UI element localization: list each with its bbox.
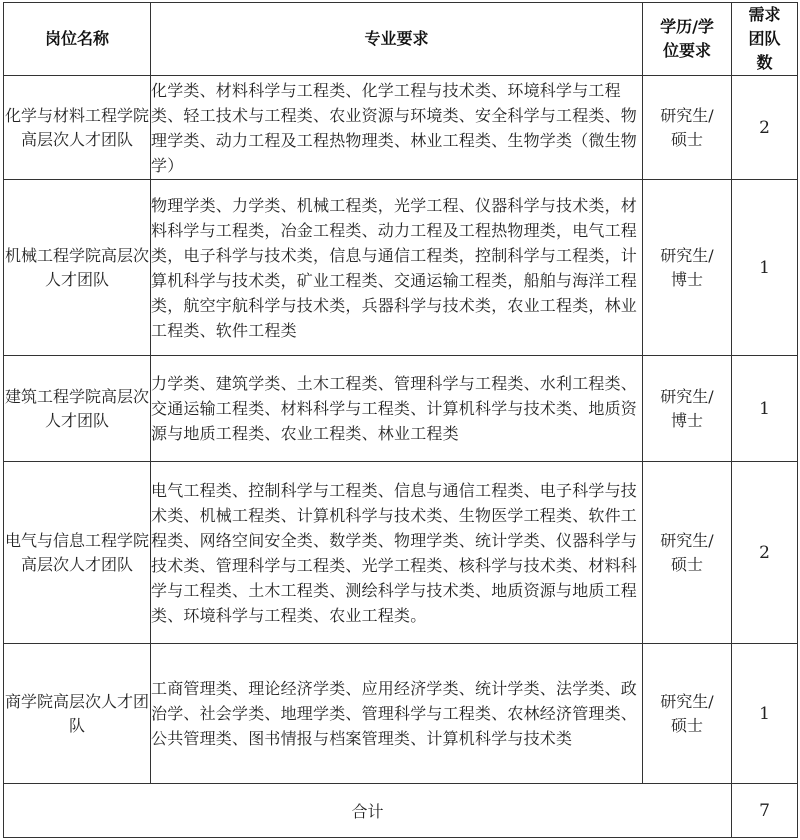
education-cell: 研究生/博士 [643, 356, 732, 462]
major-cell: 力学类、建筑学类、土木工程类、管理科学与工程类、水利工程类、交通运输工程类、材料… [151, 356, 643, 462]
count-cell: 2 [732, 76, 798, 180]
table-row: 化学与材料工程学院高层次人才团队 化学类、材料科学与工程类、化学工程与技术类、环… [4, 76, 798, 180]
count-cell: 1 [732, 356, 798, 462]
position-cell: 化学与材料工程学院高层次人才团队 [4, 76, 151, 180]
count-cell: 2 [732, 462, 798, 644]
table-row: 商学院高层次人才团队 工商管理类、理论经济学类、应用经济学类、统计学类、法学类、… [4, 644, 798, 784]
recruitment-table: 岗位名称 专业要求 学历/学位要求 需求团队数 化学与材料工程学院高层次人才团队… [3, 2, 798, 838]
table-row: 建筑工程学院高层次人才团队 力学类、建筑学类、土木工程类、管理科学与工程类、水利… [4, 356, 798, 462]
education-cell: 研究生/硕士 [643, 644, 732, 784]
position-cell: 电气与信息工程学院高层次人才团队 [4, 462, 151, 644]
header-major: 专业要求 [151, 3, 643, 76]
position-cell: 商学院高层次人才团队 [4, 644, 151, 784]
major-cell: 工商管理类、理论经济学类、应用经济学类、统计学类、法学类、政治学、社会学类、地理… [151, 644, 643, 784]
major-cell: 物理学类、力学类、机械工程类，光学工程、仪器科学与技术类，材料科学与工程类，冶金… [151, 180, 643, 356]
table-row: 电气与信息工程学院高层次人才团队 电气工程类、控制科学与工程类、信息与通信工程类… [4, 462, 798, 644]
header-education: 学历/学位要求 [643, 3, 732, 76]
major-cell: 化学类、材料科学与工程类、化学工程与技术类、环境科学与工程类、轻工技术与工程类、… [151, 76, 643, 180]
total-count: 7 [732, 784, 798, 838]
education-cell: 研究生/硕士 [643, 76, 732, 180]
total-label: 合计 [4, 784, 732, 838]
major-cell: 电气工程类、控制科学与工程类、信息与通信工程类、电子科学与技术类、机械工程类、计… [151, 462, 643, 644]
education-cell: 研究生/硕士 [643, 462, 732, 644]
header-count: 需求团队数 [732, 3, 798, 76]
header-row: 岗位名称 专业要求 学历/学位要求 需求团队数 [4, 3, 798, 76]
education-cell: 研究生/博士 [643, 180, 732, 356]
count-cell: 1 [732, 180, 798, 356]
position-cell: 建筑工程学院高层次人才团队 [4, 356, 151, 462]
header-position: 岗位名称 [4, 3, 151, 76]
count-cell: 1 [732, 644, 798, 784]
table-row: 机械工程学院高层次人才团队 物理学类、力学类、机械工程类，光学工程、仪器科学与技… [4, 180, 798, 356]
total-row: 合计 7 [4, 784, 798, 838]
position-cell: 机械工程学院高层次人才团队 [4, 180, 151, 356]
